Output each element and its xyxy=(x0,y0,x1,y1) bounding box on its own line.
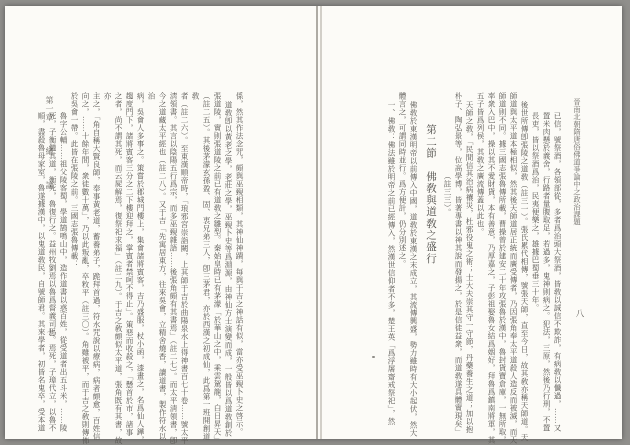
spine-shadow-light xyxy=(320,6,322,439)
quote-column: 魯字公輔……祖父陵客蜀，學道鵠鳴山中，造作道書以惑百姓，從受道者出五斗米，……陵 xyxy=(58,92,69,445)
text-column: 朴子、陶弘景等，位高學博，皆著專書以神其說而發揚之，於是信徒益衆，而道敎遂具體實… xyxy=(453,92,464,445)
quote-column: 死，子衡繼其道，衡死，魯復行之。益州牧劉焉以魯爲督義司馬。焉死，子璋代立，以魯不 xyxy=(47,92,58,445)
text-column: 佛敎於東漢明帝以前傳入中國，道敎於東漢之末成立，其流傳興盛，勢力雖時有大小起伏，… xyxy=(408,92,419,445)
quote-column: 置米肉懸於義舍，行路者量腹取足，若過多，鬼神則病之。犯法，三原，然後乃行刑，不置 xyxy=(541,92,552,445)
text-column: 於吳會一帶。此皆在張陵之前。三國志張魯傳載： xyxy=(69,92,80,445)
text-column: 一、佛敎：佛法雖於明帝之前已經傳入，然漢世信仰者不多，楚王英「爲浮屠齋戒祭祀」，… xyxy=(386,92,397,445)
scan-speck xyxy=(372,356,375,358)
section-heading: 第二節 佛敎與道敎之盛行 xyxy=(423,92,438,445)
text-column: 淸領書。其言以陰陽五行爲宗，而多巫覡雜語……後張角頗有其書焉」（註二七）。而太平… xyxy=(168,92,179,445)
text-column: 病，吳會人多事之。策嘗於郡城門樓上，集會諸將賓客，吉乃盛服，杖小函，漆畫之，名爲… xyxy=(135,92,146,445)
left-page-text-block: 係，然其作法念咒，頗與巫覡相類，其神仙神蹟，每與于吉之神話有似，當亦受巫覡卜史之… xyxy=(36,92,245,445)
text-column: 今之道藏太平經也（註二八）。又于吉「先寓居東方，往來吳會，立精舍燒香，讀道書，製… xyxy=(146,92,168,445)
quote-column: 已信，號祭酒，各領部從，多者爲治頭大祭酒，皆敎以誠信不欺詐，有病敎以懺過，……又 xyxy=(552,92,563,445)
text-column: 趨度門下，諸將賓客三分之二下樓迎拜之，掌賓者禁呵不得止」。策惡而收殺之，「懸首於… xyxy=(124,92,135,445)
running-head: 晉南北朝隋唐俗佛道爭論中之政治課題 xyxy=(572,98,582,226)
text-column: 道敎卽以黃老之學，老莊之學，巫覡卜史等爲淵源，由神仙方士演變而成，一般皆以爲道敎… xyxy=(223,92,234,445)
text-column: 係，然其作法念咒，頗與巫覡相類，其神仙神蹟，每與于吉之神話有似，當亦受巫覡卜史之… xyxy=(234,92,245,445)
book-scan-spread: 第一章 緒 論 七 係，然其作法念咒，頗與巫覡相類，其神仙神蹟，每與于吉之神話有… xyxy=(0,0,630,445)
text-column: 師道與太平道本極相似，然其後天師道居正統而廣受傳者，乃因張角奉太平道殺人造反而被… xyxy=(508,92,519,445)
text-column: 師道則不同。據三國志張魯傳所載，曹操曾於建安二十年攻張魯於漢中，魯封貨寶倉庫，一… xyxy=(497,92,508,445)
text-column: 之者，尚不謂其死，而云屍解焉，復祭祀求福」（註二九）。于吉之敎頗似太平道，張角既… xyxy=(102,92,124,445)
note-column: （註三三）。 xyxy=(442,92,453,445)
right-page-text-block: 已信，號祭酒，各領部從，多者爲治頭大祭酒，皆敎以誠信不欺詐，有病敎以懺過，……又… xyxy=(386,92,563,445)
text-column: 天師之敎，「民間信其治病禳災，杜邪役鬼之術；士大夫崇其守一守節，丹藥養生之道；加… xyxy=(464,92,475,445)
text-column: （註二五）。其後茅濛玄孫盈、固、衷兄弟三人，卽三茅君，亦於西漢之初成仙，此爲第一… xyxy=(190,92,212,445)
text-column: 主之，「角自稱大賢良師，奉事黃老道，蓄養弟子，跪拜首過，符水咒說以療病，病者頗愈… xyxy=(91,92,102,445)
text-column: 者（註二六）。至東漢順帝時，「琅邪宮崇詣闕，上其師于吉於曲陽泉水上得神書百七十卷… xyxy=(179,92,190,445)
text-column: 率衆入巴中，操以其不愛財貨，本有善意，乃厚嘉之，子彭祖娶魯女結爲姻好，拜魯爲鎮南… xyxy=(486,92,497,445)
page-number-right: 八 xyxy=(574,309,586,318)
page-sheet: 第一章 緒 論 七 係，然其作法念咒，頗與巫覡相類，其神仙神蹟，每與于吉之神話有… xyxy=(5,6,622,439)
quote-column: 長吏，皆以祭酒爲治，民夷便樂之，雄據巴蜀垂三十年。 xyxy=(530,92,541,445)
text-column: 體言之，可謂同時並行。爲方便計，仍分別述之。 xyxy=(397,92,408,445)
quote-column: 順，盡殺魯母家室，魯遂據漢中，以鬼道敎民，自號師君。其來學者，初皆名鬼卒，受本道 xyxy=(36,92,47,445)
text-column: 五子皆爲列侯，其敎之廣流傳蓋以此也。 xyxy=(475,92,486,445)
text-column: 後世所傳卽張陵之道敎（註三一）。張氏累代相傳，號張天師，直至今日，故其敎亦稱天師… xyxy=(519,92,530,445)
text-column: 張道陵，實則張道陵之前已有道敎之雛型。秦始皇時已有茅濛「於華山之中，乘雲駕龍，白… xyxy=(212,92,223,445)
text-column: 向之，……十餘年間，衆徒數十萬」，乃以此叛亂，卒敉平（註三〇）。角雖被平，而于吉… xyxy=(80,92,91,445)
spine-shadow xyxy=(316,6,318,439)
